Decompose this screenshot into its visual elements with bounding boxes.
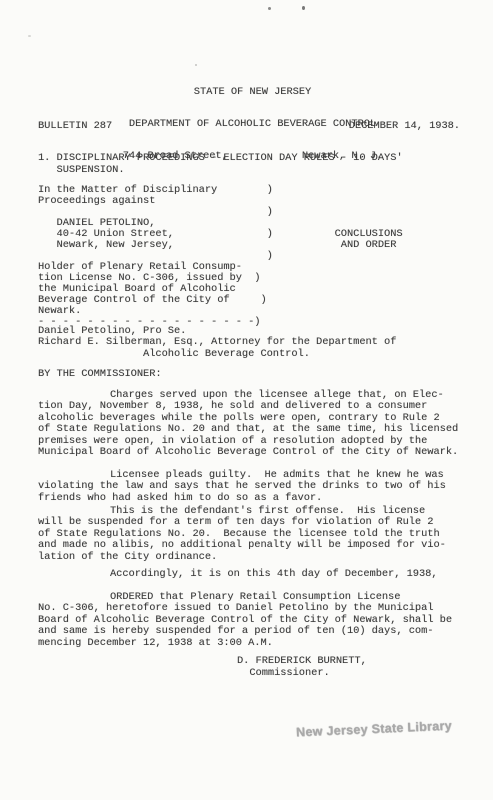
case-caption-block: In the Matter of Disciplinary ) Proceedi… xyxy=(38,185,403,328)
scan-speck xyxy=(28,35,31,37)
bulletin-row: BULLETIN 287 DECEMBER 14, 1938. xyxy=(38,120,460,132)
bulletin-date: DECEMBER 14, 1938. xyxy=(349,120,460,132)
scan-speck xyxy=(302,6,305,10)
paragraph-order-date: Accordingly, it is on this 4th day of De… xyxy=(38,569,438,580)
salutation: BY THE COMMISSIONER: xyxy=(38,368,162,380)
letterhead-state-line: STATE OF NEW JERSEY xyxy=(12,87,493,98)
scanned-bulletin-page: STATE OF NEW JERSEY DEPARTMENT OF ALCOHO… xyxy=(0,0,493,800)
signature-block: D. FREDERICK BURNETT, Commissioner. xyxy=(237,655,367,679)
appearances-block: Daniel Petolino, Pro Se. Richard E. Silb… xyxy=(38,326,396,360)
paragraph-order: ORDERED that Plenary Retail Consumption … xyxy=(38,592,452,649)
paragraph-penalty: This is the defendant's first offense. H… xyxy=(38,506,446,563)
bulletin-number: BULLETIN 287 xyxy=(38,120,112,132)
scan-speck xyxy=(268,7,271,10)
paragraph-plea: Licensee pleads guilty. He admits that h… xyxy=(38,470,446,504)
library-stamp: New Jersey State Library xyxy=(296,719,452,740)
paragraph-charges: Charges served upon the licensee allege … xyxy=(38,390,458,458)
subject-heading: 1. DISCIPLINARY PROCEEDINGS - ELECTION D… xyxy=(38,152,403,176)
